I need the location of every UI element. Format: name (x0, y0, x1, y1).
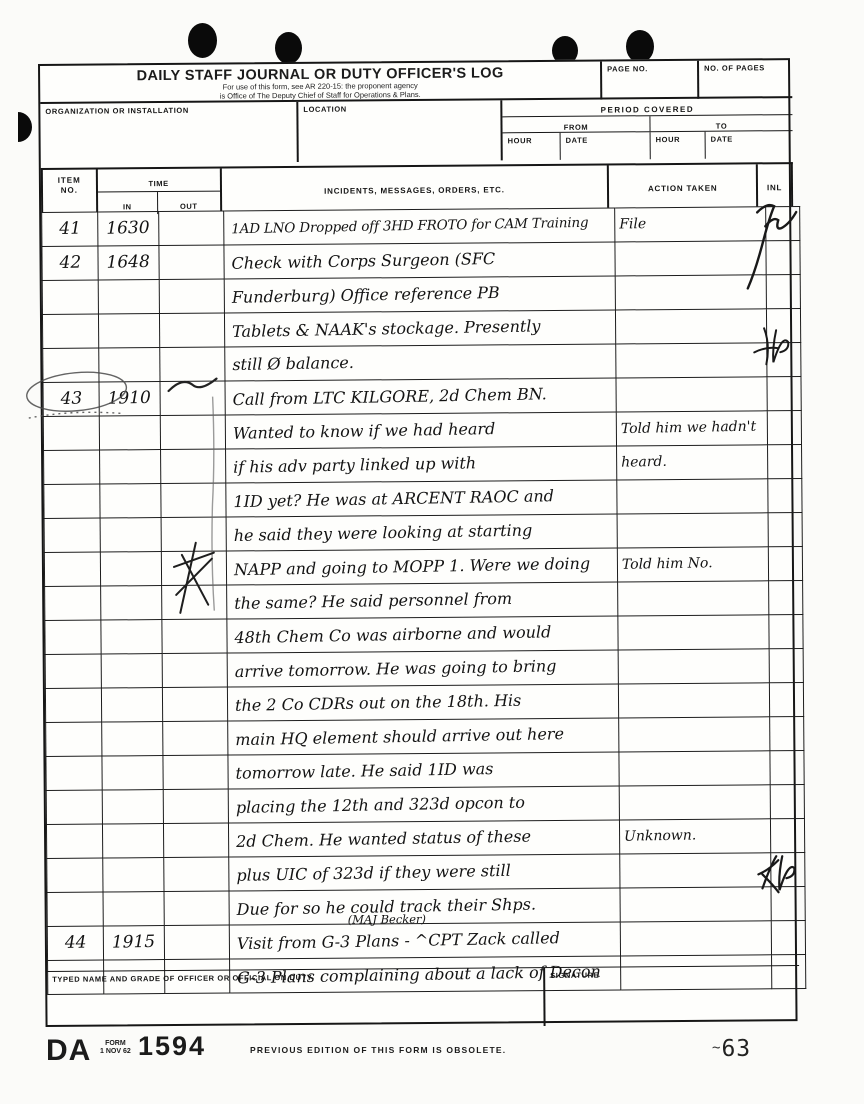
handwritten-text: placing the 12th and 323d opcon to (229, 786, 526, 824)
da-form-1594: DAILY STAFF JOURNAL OR DUTY OFFICER'S LO… (38, 58, 798, 1027)
hour-label: HOUR (503, 133, 560, 145)
handwritten-text: Tablets & NAAK's stockage. Presently (225, 309, 541, 348)
from-hour-field: HOUR (503, 133, 561, 160)
incident-cell: 1ID yet? He was at ARCENT RAOC and (226, 480, 617, 517)
period-covered-block: PERIOD COVERED FROM TO HOUR DATE HOUR (502, 98, 792, 160)
time-out-cell (163, 721, 228, 756)
item-no-cell (42, 314, 98, 348)
handwritten-text: 2d Chem. He wanted status of these (229, 820, 531, 859)
item-no-cell (45, 620, 101, 654)
time-out-cell (159, 245, 224, 280)
initials-cell (766, 207, 800, 241)
incident-cell: Visit from G-3 Plans - ^CPT Zack called(… (229, 922, 620, 959)
time-out-cell (159, 211, 224, 246)
initials-cell (770, 717, 804, 751)
incident-cell: Tablets & NAAK's stockage. Presently (224, 310, 615, 347)
time-in-cell (100, 552, 161, 586)
time-out-cell (164, 891, 229, 926)
time-in-cell (101, 688, 162, 722)
initials-cell (770, 819, 804, 853)
item-no-cell (47, 892, 103, 926)
item-no-cell (46, 824, 102, 858)
item-no-cell (46, 756, 102, 790)
handwritten-text: Visit from G-3 Plans - ^CPT Zack called (230, 921, 561, 960)
action-taken-cell (616, 377, 767, 412)
handwritten-text: Unknown. (620, 819, 697, 853)
item-no-cell (43, 348, 99, 382)
time-out-cell (161, 483, 226, 518)
handwritten-text: 43 (60, 383, 82, 416)
handwritten-text: 1648 (107, 246, 151, 280)
handwritten-text: 1ID yet? He was at ARCENT RAOC and (226, 479, 554, 518)
handwritten-text: he said they were looking at starting (226, 514, 532, 553)
item-no-cell (46, 790, 102, 824)
item-no-cell (44, 552, 100, 586)
time-in-cell (101, 620, 162, 654)
item-no-cell (45, 586, 101, 620)
initials-cell (767, 343, 801, 377)
incident-cell: plus UIC of 323d if they were still (229, 854, 620, 891)
incident-cell: 2d Chem. He wanted status of these (228, 820, 619, 857)
punch-hole (626, 30, 654, 63)
location-field: LOCATION (298, 100, 502, 162)
action-taken-cell (615, 241, 766, 276)
organization-field: ORGANIZATION OR INSTALLATION (40, 102, 298, 164)
item-no-cell (43, 416, 99, 450)
time-in-cell (98, 280, 159, 314)
time-in-cell (99, 416, 160, 450)
handwritten-text: Wanted to know if we had heard (226, 412, 496, 450)
handwritten-text: 44 (64, 927, 86, 960)
org-location-period-band: ORGANIZATION OR INSTALLATION LOCATION PE… (40, 96, 792, 164)
handwritten-text: Call from LTC KILGORE, 2d Chem BN. (225, 377, 547, 416)
time-in-cell: 1630 (98, 212, 159, 246)
handwritten-text: Told him we hadn't (617, 411, 757, 447)
from-date-field: DATE (561, 132, 651, 160)
action-taken-cell (616, 343, 767, 378)
time-in-cell (102, 722, 163, 756)
time-out-cell (162, 687, 227, 722)
handwritten-text: heard. (617, 446, 667, 480)
time-out-cell (163, 823, 228, 858)
incident-cell: the 2 Co CDRs out on the 18th. His (227, 684, 618, 721)
no-of-pages-field: NO. OF PAGES (699, 60, 792, 99)
handwritten-text: if his adv party linked up with (226, 446, 477, 484)
incident-cell: the same? He said personnel from (227, 582, 618, 619)
signature-field: SIGNATURE (545, 966, 799, 1026)
page-number-stamp: ~63 (712, 1036, 751, 1062)
organization-label: ORGANIZATION OR INSTALLATION (40, 102, 296, 116)
to-date-field: DATE (706, 131, 793, 159)
punch-hole (188, 23, 217, 58)
item-no-cell (45, 688, 101, 722)
handwritten-text: Funderburg) Office reference PB (225, 276, 500, 314)
initials-cell (768, 445, 802, 479)
page-no-label: PAGE NO. (602, 61, 697, 74)
item-no-cell (46, 722, 102, 756)
item-no-cell (44, 484, 100, 518)
time-in-cell (101, 586, 162, 620)
item-no-cell: 44 (47, 926, 103, 960)
time-in-cell (102, 756, 163, 790)
time-in-cell (102, 790, 163, 824)
punch-hole (275, 32, 302, 64)
from-header: FROM (502, 116, 650, 132)
log-table-body: 4116301AD LNO Dropped off 3HD FROTO for … (42, 207, 806, 995)
period-covered-label: PERIOD COVERED (601, 105, 695, 115)
initials-cell (771, 853, 805, 887)
time-in-cell (100, 484, 161, 518)
obsolete-note: PREVIOUS EDITION OF THIS FORM IS OBSOLET… (250, 1045, 506, 1055)
action-taken-cell: heard. (617, 445, 768, 480)
hour-date-row: HOUR DATE HOUR DATE (503, 131, 793, 160)
log-row: 2d Chem. He wanted status of theseUnknow… (46, 819, 804, 859)
initials-cell (770, 785, 804, 819)
to-label: TO (716, 122, 728, 131)
time-out-cell (162, 653, 227, 688)
incident-cell: if his adv party linked up with (226, 446, 617, 483)
handwritten-text: main HQ element should arrive out here (228, 717, 564, 756)
binder-edge-mark (18, 112, 32, 142)
time-in-cell (103, 892, 164, 926)
item-no-cell (44, 518, 100, 552)
incident-cell: Funderburg) Office reference PB (224, 276, 615, 313)
time-out-cell (161, 551, 226, 586)
handwritten-text: tomorrow late. He said 1ID was (228, 752, 493, 790)
action-taken-cell (618, 615, 769, 650)
to-hour-field: HOUR (651, 132, 706, 159)
time-in-cell (98, 314, 159, 348)
item-no-cell: 42 (42, 246, 98, 280)
action-taken-cell: Unknown. (619, 819, 770, 854)
incident-cell: Check with Corps Surgeon (SFC (224, 242, 615, 279)
time-header: TIME IN OUT (97, 169, 221, 212)
handwritten-text: plus UIC of 323d if they were still (229, 854, 511, 892)
typed-name-field: TYPED NAME AND GRADE OF OFFICER OR OFFIC… (47, 968, 545, 1030)
time-in-cell: 1915 (103, 926, 164, 960)
time-in-cell: 1910 (99, 382, 160, 416)
initials-cell (766, 275, 800, 309)
initials-cell (766, 241, 800, 275)
handwritten-text: 1915 (112, 926, 156, 960)
incidents-header: INCIDENTS, MESSAGES, ORDERS, ETC. (221, 166, 609, 211)
action-taken-cell (618, 649, 769, 684)
action-taken-cell (618, 683, 769, 718)
to-header: TO (650, 115, 792, 131)
handwritten-text: Check with Corps Surgeon (SFC (224, 242, 495, 280)
incident-cell: main HQ element should arrive out here (228, 718, 619, 755)
log-row: Wanted to know if we had heardTold him w… (43, 411, 801, 451)
handwritten-text: Told him No. (618, 547, 713, 582)
action-taken-cell: Told him we hadn't (616, 411, 767, 446)
incident-cell: 48th Chem Co was airborne and would (227, 616, 618, 653)
action-taken-header: ACTION TAKEN (609, 164, 758, 207)
signature-band: TYPED NAME AND GRADE OF OFFICER OR OFFIC… (47, 965, 799, 1030)
hour-label: HOUR (651, 132, 705, 144)
form-number: 1594 (138, 1031, 206, 1062)
handwritten-text: 1630 (106, 212, 150, 246)
time-label: TIME (148, 179, 168, 188)
time-out-cell (161, 517, 226, 552)
time-out-cell (160, 381, 225, 416)
time-out-cell (163, 789, 228, 824)
no-of-pages-label: NO. OF PAGES (699, 60, 792, 73)
item-no-cell (45, 654, 101, 688)
initials-cell (769, 649, 803, 683)
item-no-cell (47, 858, 103, 892)
initials-cell (768, 547, 802, 581)
action-taken-cell (615, 309, 766, 344)
handwritten-text: the same? He said personnel from (227, 582, 512, 620)
initials-cell (770, 751, 804, 785)
initials-cell (769, 581, 803, 615)
initials-cell (767, 411, 801, 445)
action-taken-cell (618, 581, 769, 616)
item-no-cell (42, 280, 98, 314)
log-table: 4116301AD LNO Dropped off 3HD FROTO for … (41, 206, 806, 995)
log-row: NAPP and going to MOPP 1. Were we doingT… (44, 547, 802, 587)
action-taken-cell (617, 513, 768, 548)
handwritten-text: 1AD LNO Dropped off 3HD FROTO for CAM Tr… (224, 207, 589, 247)
incident-cell: arrive tomorrow. He was going to bring (227, 650, 618, 687)
form-edition: FORM 1 NOV 62 (100, 1040, 131, 1056)
time-in-cell (100, 450, 161, 484)
time-in-cell (99, 348, 160, 382)
action-taken-cell (615, 275, 766, 310)
initials-cell (768, 479, 802, 513)
inserted-note-above-line: (MAJ Becker) (348, 912, 426, 927)
initials-cell (768, 513, 802, 547)
action-taken-cell (620, 887, 771, 922)
action-taken-cell (619, 751, 770, 786)
initials-cell (771, 887, 805, 921)
incident-cell: NAPP and going to MOPP 1. Were we doing (226, 548, 617, 585)
incident-cell: he said they were looking at starting (226, 514, 617, 551)
action-taken-cell (617, 479, 768, 514)
page-no-field: PAGE NO. (602, 61, 699, 100)
date-label: DATE (561, 132, 650, 145)
item-no-header: ITEM NO. (43, 170, 98, 212)
time-in-cell (103, 858, 164, 892)
time-out-cell (162, 619, 227, 654)
incident-cell: still Ø balance. (225, 344, 616, 381)
action-taken-cell (620, 921, 771, 956)
typed-name-label: TYPED NAME AND GRADE OF OFFICER OR OFFIC… (47, 968, 543, 984)
handwritten-text: the 2 Co CDRs out on the 18th. His (228, 684, 522, 722)
handwritten-text: 48th Chem Co was airborne and would (227, 615, 551, 654)
incident-cell: Wanted to know if we had heard (225, 412, 616, 449)
action-taken-cell (620, 853, 771, 888)
time-in-cell (100, 518, 161, 552)
item-no-cell: 43 (43, 382, 99, 416)
action-taken-cell (619, 785, 770, 820)
initials-cell (767, 377, 801, 411)
incident-cell: 1AD LNO Dropped off 3HD FROTO for CAM Tr… (224, 208, 615, 245)
handwritten-text: still Ø balance. (225, 346, 354, 381)
action-taken-cell: File (615, 207, 766, 242)
time-out-cell (160, 347, 225, 382)
time-out-cell (160, 415, 225, 450)
time-in-cell: 1648 (98, 246, 159, 280)
incident-cell: placing the 12th and 323d opcon to (228, 786, 619, 823)
time-in-cell (102, 824, 163, 858)
date-label: DATE (706, 131, 793, 144)
incident-cell: tomorrow late. He said 1ID was (228, 752, 619, 789)
handwritten-text: 41 (59, 213, 81, 246)
time-in-cell (101, 654, 162, 688)
time-out-cell (161, 449, 226, 484)
item-no-cell: 41 (42, 212, 98, 246)
signature-label: SIGNATURE (545, 966, 799, 980)
time-out-cell (164, 857, 229, 892)
item-no-cell (44, 450, 100, 484)
handwritten-text: arrive tomorrow. He was going to bring (227, 649, 556, 688)
handwritten-text: File (615, 208, 647, 242)
action-taken-cell (619, 717, 770, 752)
time-out-cell (163, 755, 228, 790)
initials-cell (771, 921, 805, 955)
initials-cell (766, 309, 800, 343)
handwritten-text: 42 (59, 247, 81, 280)
time-out-cell (159, 313, 224, 348)
initials-cell (769, 615, 803, 649)
handwritten-text: 1910 (108, 382, 152, 416)
location-label: LOCATION (298, 100, 500, 114)
log-column-headers: ITEM NO. TIME IN OUT INCIDENTS, MESSAGES… (41, 162, 793, 212)
time-out-cell (159, 279, 224, 314)
initials-header: INL (758, 164, 791, 206)
time-out-cell (164, 925, 229, 960)
action-taken-cell: Told him No. (617, 547, 768, 582)
from-label: FROM (564, 123, 589, 132)
initials-cell (769, 683, 803, 717)
incident-cell: Call from LTC KILGORE, 2d Chem BN. (225, 378, 616, 415)
da-logo: DA (46, 1034, 91, 1068)
handwritten-text: NAPP and going to MOPP 1. Were we doing (227, 547, 591, 587)
time-out-cell (162, 585, 227, 620)
form-footer: DA FORM 1 NOV 62 1594 PREVIOUS EDITION O… (0, 1028, 864, 1088)
